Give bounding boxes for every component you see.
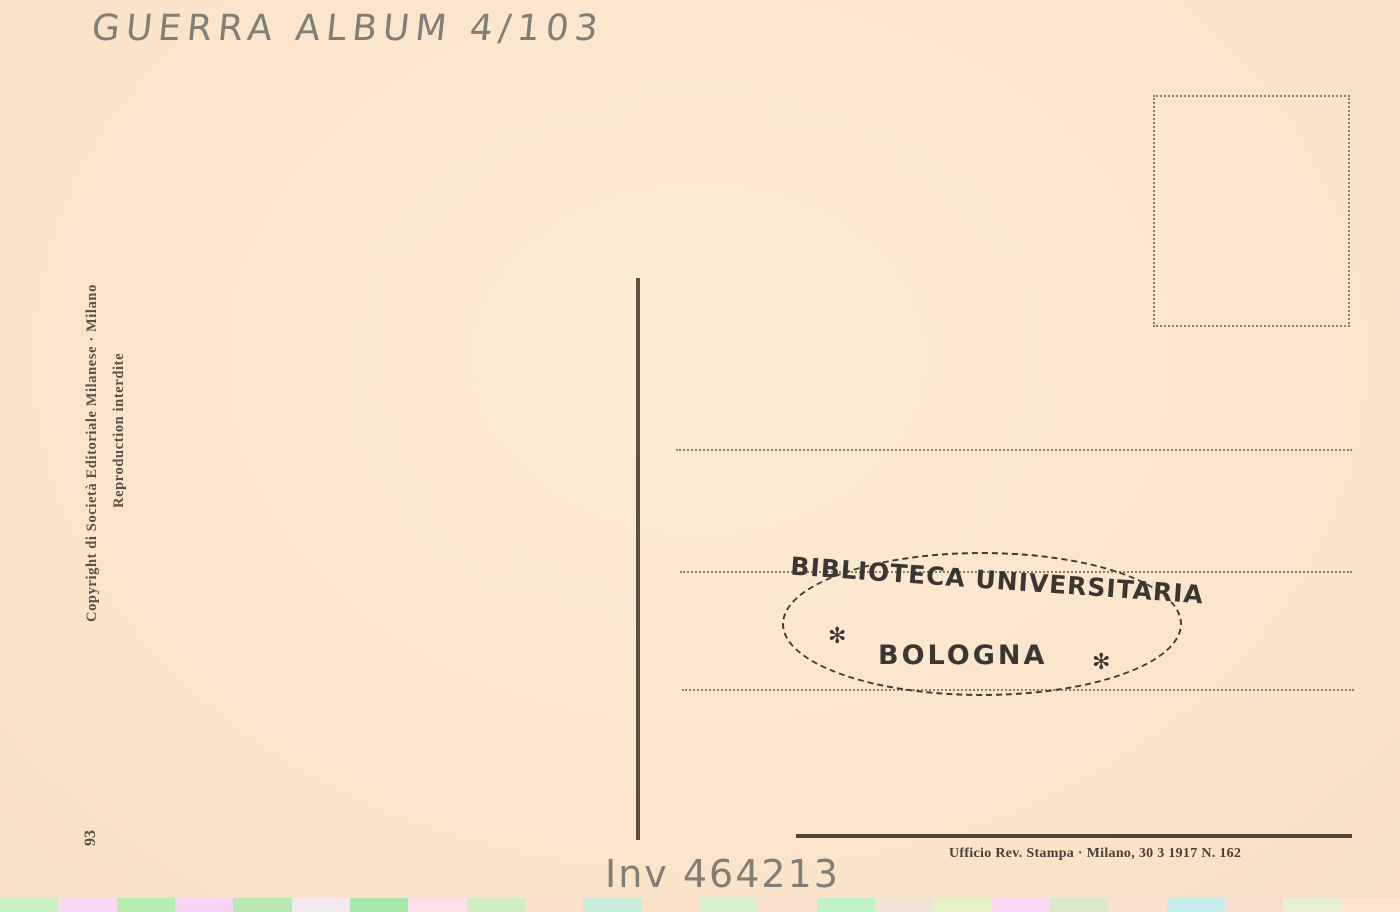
reproduction-line: Reproduction interdite bbox=[111, 353, 128, 508]
scan-artifact-segment bbox=[875, 898, 933, 912]
scan-artifact-segment bbox=[933, 898, 991, 912]
scan-artifact-segment bbox=[175, 898, 233, 912]
scan-artifact-segment bbox=[1342, 898, 1400, 912]
address-line-1 bbox=[676, 449, 1352, 451]
scan-artifact-segment bbox=[1283, 898, 1341, 912]
handwritten-title: GUERRA ALBUM 4/103 bbox=[90, 8, 606, 49]
scan-artifact-segment bbox=[408, 898, 466, 912]
star-ornament-icon: ✻ bbox=[828, 624, 846, 649]
scan-artifact-segment bbox=[1225, 898, 1283, 912]
star-ornament-icon: ✻ bbox=[1092, 650, 1110, 675]
postage-stamp-box bbox=[1153, 95, 1350, 327]
scan-artifact-segment bbox=[1108, 898, 1166, 912]
center-divider bbox=[636, 278, 640, 840]
copyright-line: Copyright di Società Editoriale Milanese… bbox=[84, 284, 101, 622]
censor-line: Ufficio Rev. Stampa · Milano, 30 3 1917 … bbox=[949, 846, 1241, 862]
scan-artifact-segment bbox=[700, 898, 758, 912]
scan-artifact-segment bbox=[817, 898, 875, 912]
scan-artifact-segment bbox=[642, 898, 700, 912]
scan-artifact-segment bbox=[58, 898, 116, 912]
scan-artifact-segment bbox=[583, 898, 641, 912]
card-number: 93 bbox=[82, 830, 100, 846]
postcard-back: GUERRA ALBUM 4/103 Copyright di Società … bbox=[0, 0, 1400, 898]
scan-artifact-segment bbox=[467, 898, 525, 912]
scan-artifact-segment bbox=[117, 898, 175, 912]
library-stamp-bottom-text: BOLOGNA bbox=[878, 640, 1047, 671]
scan-artifact-segment bbox=[292, 898, 350, 912]
scan-artifact-segment bbox=[992, 898, 1050, 912]
scan-artifact-segment bbox=[1050, 898, 1108, 912]
scan-artifact-segment bbox=[0, 898, 58, 912]
scan-artifact-strip bbox=[0, 898, 1400, 912]
scan-artifact-segment bbox=[350, 898, 408, 912]
bottom-rule bbox=[796, 834, 1352, 838]
scan-artifact-segment bbox=[758, 898, 816, 912]
scan-artifact-segment bbox=[1167, 898, 1225, 912]
handwritten-inventory: Inv 464213 bbox=[605, 852, 840, 896]
scan-artifact-segment bbox=[525, 898, 583, 912]
scan-artifact-segment bbox=[233, 898, 291, 912]
